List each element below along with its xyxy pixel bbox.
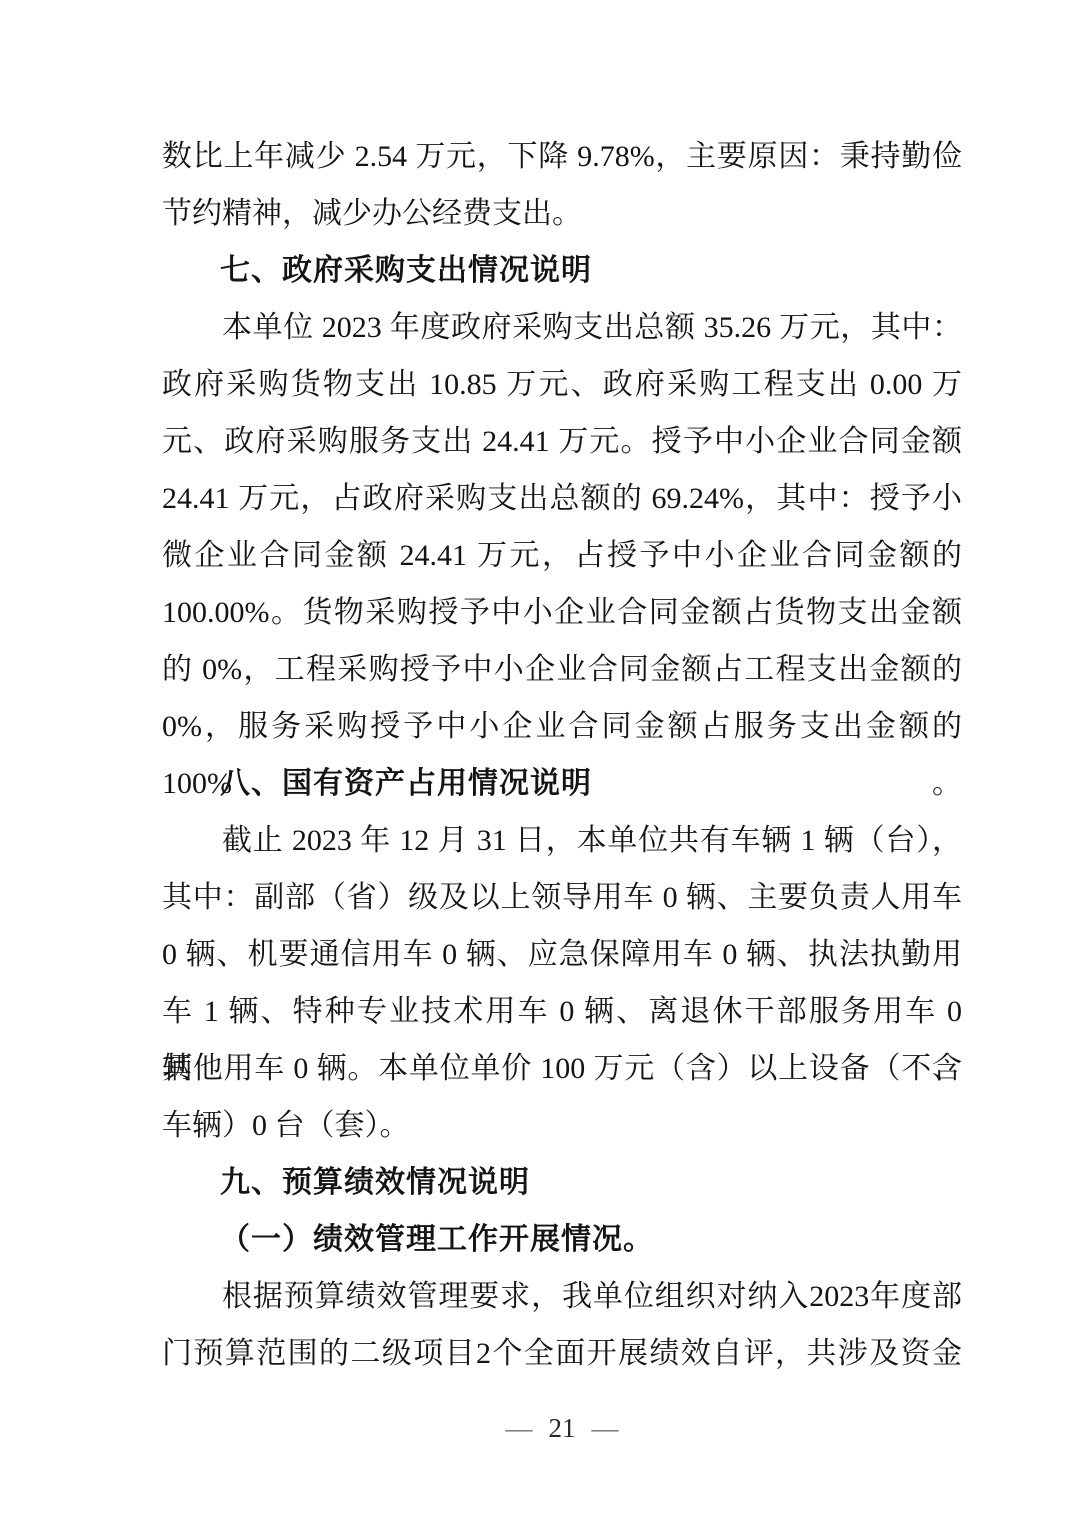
document-page: 数比上年减少 2.54 万元，下降 9.78%，主要原因：秉持勤俭 节约精神，减… xyxy=(0,0,1074,1520)
page-number-dash-left: — xyxy=(506,1413,533,1443)
paragraph-line: 其中：副部（省）级及以上领导用车 0 辆、主要负责人用车 xyxy=(162,869,962,926)
paragraph-line: 截止 2023 年 12 月 31 日，本单位共有车辆 1 辆（台）， xyxy=(162,812,962,869)
paragraph-line: 车 1 辆、特种专业技术用车 0 辆、离退休干部服务用车 0 辆、 xyxy=(162,983,962,1040)
paragraph-line: 24.41 万元，占政府采购支出总额的 69.24%，其中：授予小 xyxy=(162,470,962,527)
paragraph-line: 数比上年减少 2.54 万元，下降 9.78%，主要原因：秉持勤俭 xyxy=(162,128,962,185)
section-heading-9: 九、预算绩效情况说明 xyxy=(162,1154,962,1211)
paragraph-line: 微企业合同金额 24.41 万元，占授予中小企业合同金额的 xyxy=(162,527,962,584)
page-number-dash-right: — xyxy=(592,1413,619,1443)
paragraph-line: 元、政府采购服务支出 24.41 万元。授予中小企业合同金额 xyxy=(162,413,962,470)
paragraph-line: 节约精神，减少办公经费支出。 xyxy=(162,185,962,242)
page-number: —21— xyxy=(162,1408,962,1448)
paragraph-line: 车辆）0 台（套）。 xyxy=(162,1097,962,1154)
section-heading-7: 七、政府采购支出情况说明 xyxy=(162,242,962,299)
paragraph-line: 门预算范围的二级项目2个全面开展绩效自评，共涉及资金 xyxy=(162,1325,962,1382)
paragraph-line: 的 0%，工程采购授予中小企业合同金额占工程支出金额的 xyxy=(162,641,962,698)
paragraph-line: 政府采购货物支出 10.85 万元、政府采购工程支出 0.00 万 xyxy=(162,356,962,413)
paragraph-line: 本单位 2023 年度政府采购支出总额 35.26 万元，其中： xyxy=(162,299,962,356)
subsection-heading: （一）绩效管理工作开展情况。 xyxy=(162,1211,962,1268)
paragraph-line: 根据预算绩效管理要求，我单位组织对纳入2023年度部 xyxy=(162,1268,962,1325)
paragraph-line: 其他用车 0 辆。本单位单价 100 万元（含）以上设备（不含 xyxy=(162,1040,962,1097)
page-number-value: 21 xyxy=(549,1413,576,1443)
paragraph-line: 100.00%。货物采购授予中小企业合同金额占货物支出金额 xyxy=(162,584,962,641)
paragraph-line: 0 辆、机要通信用车 0 辆、应急保障用车 0 辆、执法执勤用 xyxy=(162,926,962,983)
paragraph-line: 0%，服务采购授予中小企业合同金额占服务支出金额的 100%。 xyxy=(162,698,962,755)
